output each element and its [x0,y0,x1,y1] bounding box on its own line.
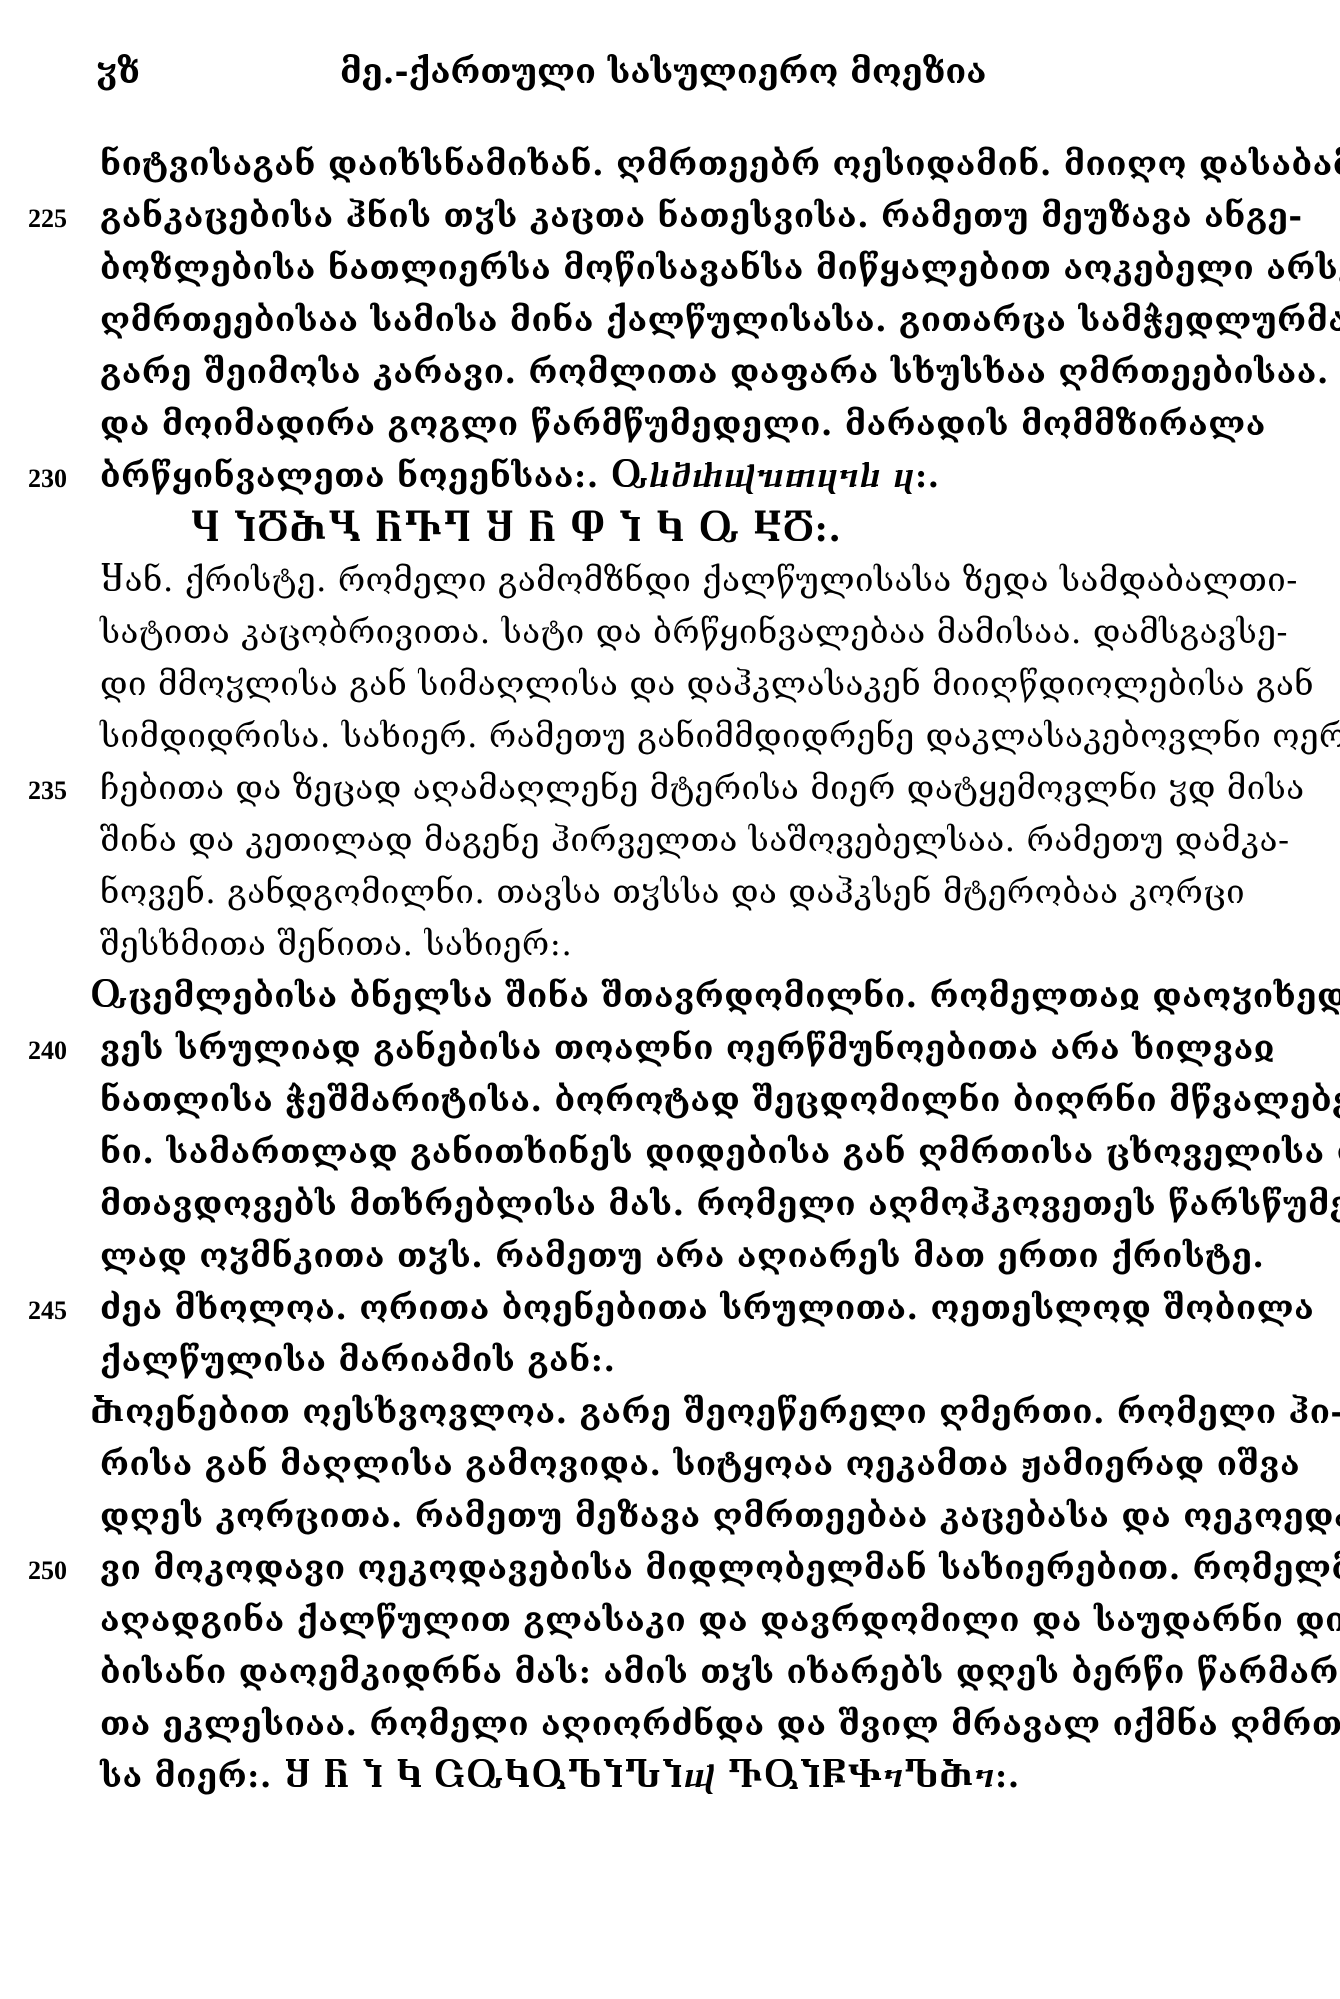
page-body: ნიტვისაგან დაიხსნამიხან. ღმრთეებრ ოესიდა… [0,140,1340,1804]
line-text: სიმდიდრისა. სახიერ. რამეთუ განიმმდიდრენე… [100,716,1340,755]
text-line: Ⴋოენებით ოესხვოვლოა. გარე შეოეწერელი ღმე… [0,1388,1340,1440]
line-text: ბოზლებისა ნათლიერსა მოწისავანსა მიწყალებ… [100,248,1340,287]
section-heading: Ⴗ ႨႣႫႡ ႬႥႤ Ⴘ Ⴌ Ⴔ Ⴈ Ⴉ Ⴍ ႾႣ:. [190,508,841,550]
line-number: 230 [28,464,67,494]
line-text: თა ეკლესიაა. რომელი აღიორძნდა და შვილ მრ… [100,1704,1340,1743]
text-line: Ⴘან. ქრისტე. რომელი გამომზნდი ქალწულისას… [0,556,1340,608]
line-text: ნათლისა ჭეშმარიტისა. ბოროტად შეცდომილნი … [100,1080,1340,1119]
line-text: გარე შეიმოსა კარავი. რომლითა დაფარა სხუს… [100,352,1329,391]
line-text: Ⴍცემლებისა ბნელსა შინა შთავრდომილნი. რომ… [90,976,1340,1015]
line-text: და მოიმადირა გოგლი წარმწუმედელი. მარადის… [100,404,1266,443]
text-line: მთავდოვებს მთხრებლისა მას. რომელი აღმოჰკ… [0,1180,1340,1232]
text-line: ღმრთეებისაა სამისა მინა ქალწულისასა. გით… [0,296,1340,348]
line-text: რისა გან მაღლისა გამოვიდა. სიტყოაა ოეკამ… [100,1444,1300,1483]
text-line: ნი. სამართლად განითხინეს დიდებისა გან ღმ… [0,1128,1340,1180]
line-number: 245 [28,1296,67,1326]
page-header: ჳზ მე.-ქართული სასულიერო მოეზია [0,52,1340,112]
line-text: ბრწყინვალეთა ნოეენსაა:. Ⴍⴑⴋⴐⴓⴎⴇⴗⴈⴑ ⴗ:. [100,456,940,495]
running-title: მე.-ქართული სასულიერო მოეზია [340,52,986,92]
line-number: 235 [28,776,67,806]
text-line: 245ძეა მხოლოა. ორითა ბოენებითა სრულითა. … [0,1284,1340,1336]
line-text: ძეა მხოლოა. ორითა ბოენებითა სრულითა. ოეთ… [100,1288,1314,1327]
line-number: 225 [28,204,67,234]
text-line: 230ბრწყინვალეთა ნოეენსაა:. Ⴍⴑⴋⴐⴓⴎⴇⴗⴈⴑ ⴗ:… [0,452,1340,504]
line-text: სატითა კაცობრივითა. სატი და ბრწყინვალება… [100,612,1288,651]
line-text: ქალწულისა მარიამის გან:. [100,1340,615,1379]
line-text: ჩებითა და ზეცად აღამაღლენე მტერისა მიერ … [100,768,1305,807]
line-text: სა მიერ:. Ⴘ Ⴌ Ⴈ Ⴉ ႺႭႩႳႪႨჀႨⴓ ႥႳႨႼႵⴈႪႫⴈ:. [100,1756,1020,1795]
line-number: 250 [28,1556,67,1586]
text-line: შინა და კეთილად მაგენე ჰირველთა საშოვებე… [0,816,1340,868]
text-line: სა მიერ:. Ⴘ Ⴌ Ⴈ Ⴉ ႺႭႩႳႪႨჀႨⴓ ႥႳႨႼႵⴈႪႫⴈ:. [0,1752,1340,1804]
text-line: სიმდიდრისა. სახიერ. რამეთუ განიმმდიდრენე… [0,712,1340,764]
line-text: Ⴋოენებით ოესხვოვლოა. გარე შეოეწერელი ღმე… [90,1392,1340,1431]
text-line: გარე შეიმოსა კარავი. რომლითა დაფარა სხუს… [0,348,1340,400]
text-line: თა ეკლესიაა. რომელი აღიორძნდა და შვილ მრ… [0,1700,1340,1752]
text-line: ბისანი დაოემკიდრნა მას: ამის თჳს იხარებს… [0,1648,1340,1700]
text-line: ლად ოჳმნკითა თჳს. რამეთუ არა აღიარეს მათ… [0,1232,1340,1284]
line-text: ნი. სამართლად განითხინეს დიდებისა გან ღმ… [100,1132,1340,1171]
text-line: დღეს კორცითა. რამეთუ მეზავა ღმრთეებაა კა… [0,1492,1340,1544]
text-line: ნიტვისაგან დაიხსნამიხან. ღმრთეებრ ოესიდა… [0,140,1340,192]
text-line: Ⴍცემლებისა ბნელსა შინა შთავრდომილნი. რომ… [0,972,1340,1024]
page-number: ჳზ [96,52,140,92]
line-text: აღადგინა ქალწულით გლასაკი და დავრდომილი … [100,1600,1340,1639]
text-line: 235ჩებითა და ზეცად აღამაღლენე მტერისა მი… [0,764,1340,816]
text-line: Ⴗ ႨႣႫႡ ႬႥႤ Ⴘ Ⴌ Ⴔ Ⴈ Ⴉ Ⴍ ႾႣ:. [0,504,1340,556]
line-text: ვეს სრულიად განებისა თოალნი ოერწმუნოებით… [100,1028,1275,1067]
text-line: 250ვი მოკოდავი ოეკოდავებისა მიდლობელმან … [0,1544,1340,1596]
text-line: ნოვენ. განდგომილნი. თავსა თჳსსა და დაჰკს… [0,868,1340,920]
text-line: ქალწულისა მარიამის გან:. [0,1336,1340,1388]
line-text: მთავდოვებს მთხრებლისა მას. რომელი აღმოჰკ… [100,1184,1340,1223]
line-text: დი მმოჳლისა გან სიმაღლისა და დაჰკლასაკენ… [100,664,1314,703]
line-text: შინა და კეთილად მაგენე ჰირველთა საშოვებე… [100,820,1290,859]
line-text: შესხმითა შენითა. სახიერ:. [100,924,572,963]
text-line: ბოზლებისა ნათლიერსა მოწისავანსა მიწყალებ… [0,244,1340,296]
text-line: სატითა კაცობრივითა. სატი და ბრწყინვალება… [0,608,1340,660]
line-text: ნიტვისაგან დაიხსნამიხან. ღმრთეებრ ოესიდა… [100,144,1340,183]
line-number: 240 [28,1036,67,1066]
line-text: ნოვენ. განდგომილნი. თავსა თჳსსა და დაჰკს… [100,872,1245,911]
text-line: შესხმითა შენითა. სახიერ:. [0,920,1340,972]
text-line: ნათლისა ჭეშმარიტისა. ბოროტად შეცდომილნი … [0,1076,1340,1128]
line-text: Ⴘან. ქრისტე. რომელი გამომზნდი ქალწულისას… [100,560,1298,599]
text-line: დი მმოჳლისა გან სიმაღლისა და დაჰკლასაკენ… [0,660,1340,712]
text-line: აღადგინა ქალწულით გლასაკი და დავრდომილი … [0,1596,1340,1648]
line-text: განკაცებისა ჰნის თჳს კაცთა ნათესვისა. რა… [100,196,1303,235]
line-text: დღეს კორცითა. რამეთუ მეზავა ღმრთეებაა კა… [100,1496,1340,1535]
text-line: 240ვეს სრულიად განებისა თოალნი ოერწმუნოე… [0,1024,1340,1076]
line-text: ღმრთეებისაა სამისა მინა ქალწულისასა. გით… [100,300,1340,339]
line-text: ლად ოჳმნკითა თჳს. რამეთუ არა აღიარეს მათ… [100,1236,1264,1275]
line-text: ვი მოკოდავი ოეკოდავებისა მიდლობელმან სახ… [100,1548,1340,1587]
line-text: ბისანი დაოემკიდრნა მას: ამის თჳს იხარებს… [100,1652,1340,1691]
text-line: 225განკაცებისა ჰნის თჳს კაცთა ნათესვისა.… [0,192,1340,244]
text-line: და მოიმადირა გოგლი წარმწუმედელი. მარადის… [0,400,1340,452]
text-line: რისა გან მაღლისა გამოვიდა. სიტყოაა ოეკამ… [0,1440,1340,1492]
